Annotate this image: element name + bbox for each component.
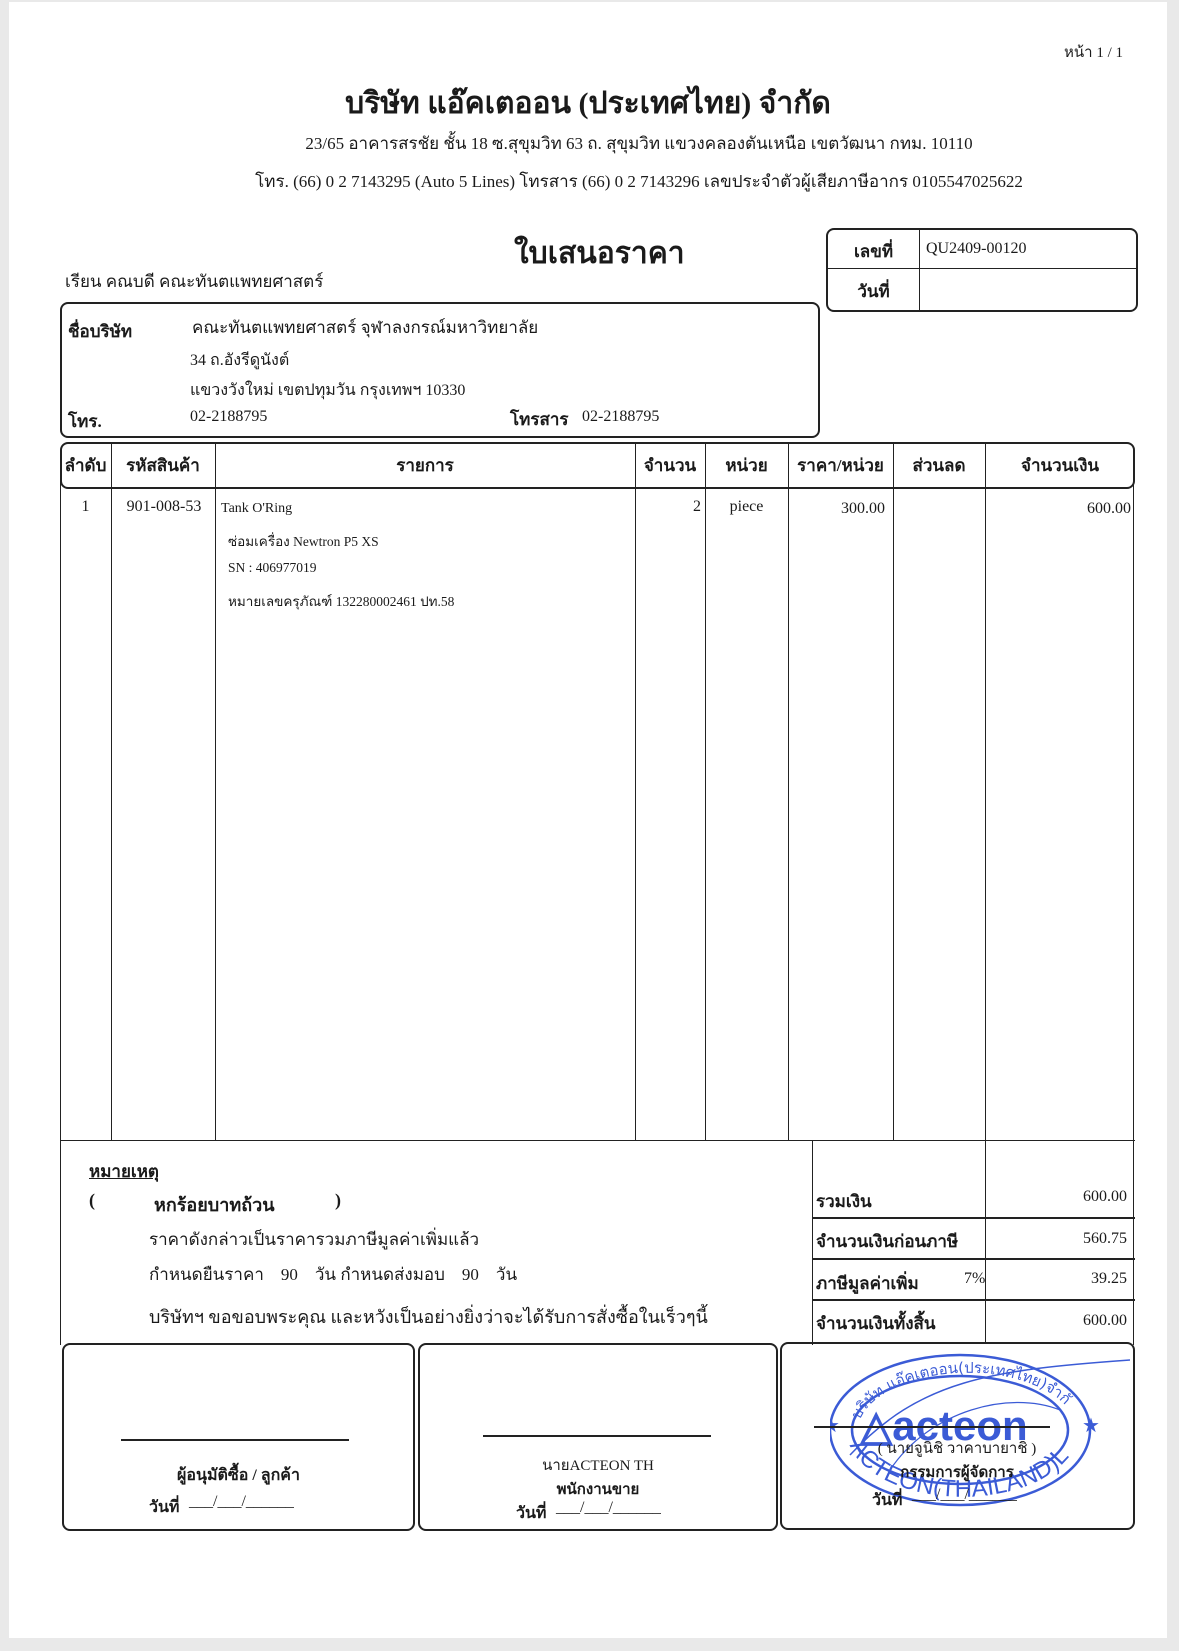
- thanks-note: บริษัทฯ ขอขอบพระคุณ และหวังเป็นอย่างยิ่ง…: [149, 1302, 708, 1331]
- subtotal-label: รวมเงิน: [816, 1188, 872, 1215]
- sales-signature-box: นายACTEON TH พนักงานขาย วันที่ ___/___/_…: [418, 1343, 778, 1531]
- customer-address-2: แขวงวังใหม่ เขตปทุมวัน กรุงเทพฯ 10330: [190, 378, 465, 403]
- amount-in-words: หกร้อยบาทถ้วน: [154, 1190, 275, 1219]
- cell-amount: 600.00: [985, 500, 1131, 518]
- cell-detail-line: ซ่อมเครื่อง Newtron P5 XS: [228, 530, 379, 552]
- sales-signature-line: [483, 1435, 711, 1437]
- pretax-label: จำนวนเงินก่อนภาษี: [816, 1228, 958, 1255]
- validity-line: กำหนดยืนราคา 90 วัน กำหนดส่งมอบ 90 วัน: [149, 1261, 517, 1288]
- customer-address-1: 34 ถ.อังรีดูนังต์: [190, 348, 289, 373]
- customer-box: ชื่อบริษัท คณะทันตแพทยศาสตร์ จุฬาลงกรณ์ม…: [60, 302, 820, 438]
- manager-signature-line: [814, 1426, 1050, 1428]
- validity-days: 90: [281, 1265, 298, 1284]
- vat-note: ราคาดังกล่าวเป็นราคารวมภาษีมูลค่าเพิ่มแล…: [149, 1226, 479, 1253]
- customer-fax-label: โทรสาร: [510, 406, 569, 433]
- column-header: ราคา/หน่วย: [788, 452, 893, 479]
- grand-total-label: จำนวนเงินทั้งสิ้น: [816, 1310, 936, 1337]
- days-word-2: วัน: [496, 1265, 517, 1284]
- manager-name: ( นายจูนิชิ วาคาบายาชิ ): [782, 1436, 1132, 1460]
- company-address: 23/65 อาคารสรชัย ชั้น 18 ซ.สุขุมวิท 63 ถ…: [139, 130, 1139, 157]
- customer-fax-value: 02-2188795: [582, 408, 659, 426]
- customer-company-label: ชื่อบริษัท: [68, 318, 132, 345]
- delivery-label: กำหนดส่งมอบ: [340, 1265, 445, 1284]
- cell-detail-line: หมายเลขครุภัณฑ์ 132280002461 ปท.58: [228, 590, 454, 612]
- delivery-days: 90: [462, 1265, 479, 1284]
- manager-date-label: วันที่: [872, 1488, 902, 1513]
- cell-unit-price: 300.00: [788, 500, 885, 518]
- cell-unit: piece: [705, 498, 788, 516]
- cell-description: Tank O'Ring: [221, 501, 292, 517]
- number-label: เลขที่: [828, 238, 919, 265]
- customer-tel-value: 02-2188795: [190, 408, 267, 426]
- sales-name: นายACTEON TH: [420, 1453, 776, 1477]
- customer-date-blank: ___/___/______: [189, 1493, 294, 1511]
- column-header: หน่วย: [705, 452, 788, 479]
- number-value: QU2409-00120: [926, 240, 1026, 258]
- vat-rate: 7%: [964, 1270, 985, 1288]
- days-word-1: วัน: [315, 1265, 336, 1284]
- manager-role: กรรมการผู้จัดการ: [782, 1460, 1132, 1484]
- column-header: จำนวนเงิน: [985, 452, 1135, 479]
- quotation-page: หน้า 1 / 1 บริษัท แอ๊คเตออน (ประเทศไทย) …: [9, 2, 1167, 1638]
- amount-words-open: (: [89, 1190, 95, 1211]
- document-title: ใบเสนอราคา: [514, 230, 685, 277]
- cell-qty: 2: [635, 498, 701, 516]
- subtotal-value: 600.00: [989, 1188, 1127, 1206]
- pretax-value: 560.75: [989, 1230, 1127, 1248]
- customer-role: ผู้อนุมัติซื้อ / ลูกค้า: [64, 1463, 413, 1488]
- manager-signature-box: ★ ★ △acteon บริษัท แอ๊คเตออน(ประเทศไทย)จ…: [780, 1342, 1135, 1530]
- manager-date-blank: ___/___/______: [912, 1486, 1017, 1504]
- company-name: บริษัท แอ๊คเตออน (ประเทศไทย) จำกัด: [9, 80, 1167, 127]
- customer-company-name: คณะทันตแพทยศาสตร์ จุฬาลงกรณ์มหาวิทยาลัย: [192, 314, 538, 341]
- column-header: จำนวน: [635, 452, 705, 479]
- cell-code: 901-008-53: [113, 498, 215, 516]
- grand-total-value: 600.00: [989, 1312, 1127, 1330]
- cell-detail-line: SN : 406977019: [228, 560, 317, 576]
- attention-line: เรียน คณบดี คณะทันตแพทยศาสตร์: [65, 268, 323, 295]
- star-icon-right: ★: [1082, 1415, 1100, 1437]
- customer-signature-line: [121, 1439, 349, 1441]
- customer-tel-label: โทร.: [68, 408, 102, 435]
- vat-value: 39.25: [989, 1270, 1127, 1288]
- vat-label: ภาษีมูลค่าเพิ่ม: [816, 1270, 919, 1297]
- column-header: รหัสสินค้า: [111, 452, 215, 479]
- date-label: วันที่: [828, 278, 919, 305]
- customer-signature-box: ผู้อนุมัติซื้อ / ลูกค้า วันที่ ___/___/_…: [62, 1343, 415, 1531]
- column-header: รายการ: [215, 452, 635, 479]
- sales-date-label: วันที่: [516, 1501, 546, 1526]
- sales-role: พนักงานขาย: [420, 1477, 776, 1501]
- page-indicator: หน้า 1 / 1: [1064, 40, 1123, 64]
- company-contact: โทร. (66) 0 2 7143295 (Auto 5 Lines) โทร…: [109, 168, 1169, 195]
- remarks-label: หมายเหตุ: [89, 1158, 159, 1185]
- column-header: ลำดับ: [60, 452, 111, 479]
- amount-words-close: ): [335, 1190, 341, 1211]
- document-number-box: เลขที่ QU2409-00120 วันที่: [826, 228, 1138, 312]
- sales-date-blank: ___/___/______: [556, 1499, 661, 1517]
- cell-no: 1: [60, 498, 111, 516]
- customer-date-label: วันที่: [149, 1495, 179, 1520]
- column-header: ส่วนลด: [893, 452, 985, 479]
- validity-label: กำหนดยืนราคา: [149, 1265, 264, 1284]
